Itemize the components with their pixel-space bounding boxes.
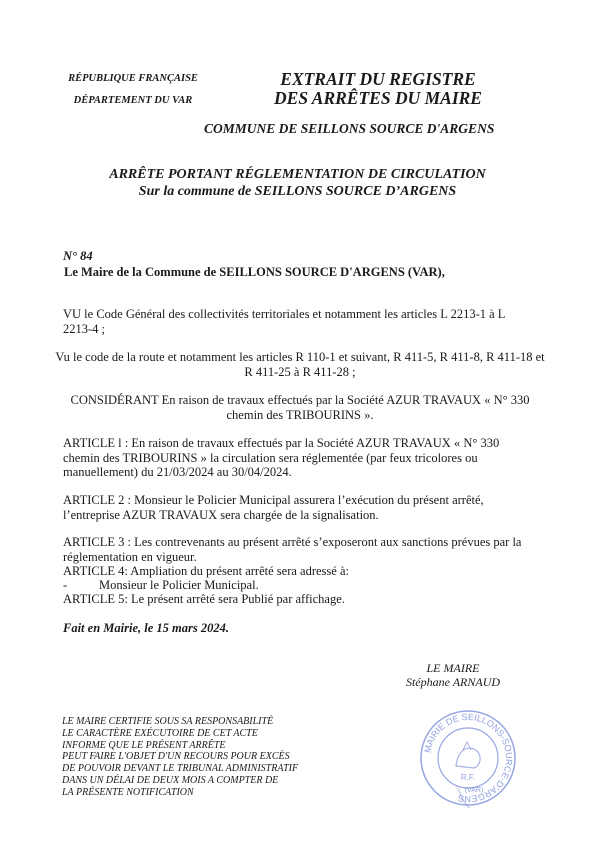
article-4-recipient: Monsieur le Policier Municipal. (99, 578, 259, 593)
done-at-date: Fait en Mairie, le 15 mars 2024. (63, 621, 229, 636)
legal-notice-line: DE POUVOIR DEVANT LE TRIBUNAL ADMINISTRA… (62, 763, 298, 775)
legal-notice-line: DANS UN DÉLAI DE DEUX MOIS A COMPTER DE (62, 775, 298, 787)
vu-code-general: VU le Code Général des collectivités ter… (63, 307, 533, 336)
arrete-number: N° 84 (63, 249, 93, 264)
header-departement: DÉPARTEMENT DU VAR (58, 95, 208, 106)
legal-notice-line: LE MAIRE CERTIFIE SOUS SA RESPONSABILITÉ (62, 716, 298, 728)
considerant: CONSIDÉRANT En raison de travaux effectu… (55, 393, 545, 422)
legal-notice-line: LA PRÉSENTE NOTIFICATION (62, 787, 298, 799)
legal-notice: LE MAIRE CERTIFIE SOUS SA RESPONSABILITÉ… (62, 716, 298, 799)
document-title: ARRÊTE PORTANT RÉGLEMENTATION DE CIRCULA… (0, 166, 595, 183)
header-registre-line1: EXTRAIT DU REGISTRE (248, 70, 508, 89)
article-1: ARTICLE l : En raison de travaux effectu… (63, 436, 518, 480)
legal-notice-line: LE CARACTÈRE EXÉCUTOIRE DE CET ACTE (62, 728, 298, 740)
article-4: ARTICLE 4: Ampliation du présent arrêté … (63, 564, 543, 579)
article-3: ARTICLE 3 : Les contrevenants au présent… (63, 535, 543, 564)
article-2: ARTICLE 2 : Monsieur le Policier Municip… (63, 493, 508, 522)
legal-notice-line: INFORME QUE LE PRÉSENT ARRÊTE (62, 740, 298, 752)
signature-name: Stéphane ARNAUD (383, 675, 523, 689)
article-5: ARTICLE 5: Le présent arrêté sera Publié… (63, 592, 543, 607)
header-commune: COMMUNE DE SEILLONS SOURCE D'ARGENS (204, 121, 494, 137)
legal-notice-line: PEUT FAIRE L'OBJET D'UN RECOURS POUR EXC… (62, 751, 298, 763)
mayor-intro: Le Maire de la Commune de SEILLONS SOURC… (64, 265, 445, 280)
article-4-dash: - (63, 578, 67, 593)
svg-text:R.F.: R.F. (461, 773, 475, 782)
signature-role: LE MAIRE (383, 661, 523, 675)
vu-code-route: Vu le code de la route et notamment les … (55, 350, 545, 379)
svg-text:(VAR): (VAR) (465, 787, 484, 794)
official-stamp-icon: MAIRIE DE SEILLONS-SOURCE-D'ARGENS R.F. … (418, 708, 518, 808)
document-subtitle: Sur la commune de SEILLONS SOURCE D’ARGE… (0, 183, 595, 200)
signature-block: LE MAIRE Stéphane ARNAUD (383, 661, 523, 689)
header-republique: RÉPUBLIQUE FRANÇAISE (58, 73, 208, 84)
header-registre-line2: DES ARRÊTES DU MAIRE (248, 89, 508, 108)
